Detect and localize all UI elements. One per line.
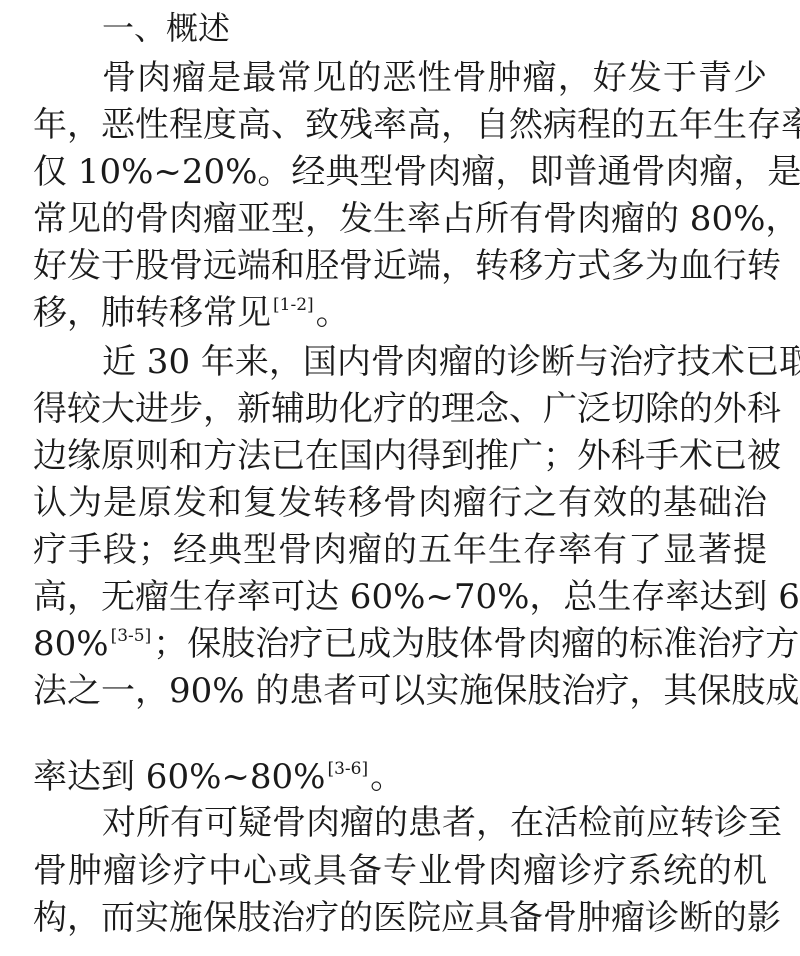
paragraph-1-line-5: 好发于股骨远端和胫骨近端，转移方式多为血行转: [33, 243, 767, 289]
paragraph-2-line-7: 80%[3-5]；保肢治疗已成为肢体骨肉瘤的标准治疗方: [33, 621, 767, 667]
paragraph-1-line-1: 骨肉瘤是最常见的恶性骨肿瘤，好发于青少: [102, 55, 767, 101]
paragraph-2-line-6: 高，无瘤生存率可达 60%~70%，总生存率达到 60%~: [33, 574, 767, 620]
citation: [3-6]: [327, 759, 368, 779]
paragraph-3-line-1: 对所有可疑骨肉瘤的患者，在活检前应转诊至: [102, 800, 767, 846]
citation: [3-5]: [111, 626, 152, 646]
citation: [1-2]: [273, 295, 314, 315]
section-heading: 一、概述: [102, 5, 767, 51]
paragraph-2-line-4: 认为是原发和复发转移骨肉瘤行之有效的基础治: [33, 480, 767, 526]
paragraph-2-line-9: 率达到 60%~80%[3-6]。: [33, 754, 767, 800]
paragraph-3-line-2: 骨肿瘤诊疗中心或具备专业骨肉瘤诊疗系统的机: [33, 848, 767, 894]
paragraph-1-line-6: 移，肺转移常见[1-2]。: [33, 290, 767, 336]
paragraph-1-line-2: 年，恶性程度高、致残率高，自然病程的五年生存率: [33, 102, 767, 148]
paragraph-2-line-1: 近 30 年来，国内骨肉瘤的诊断与治疗技术已取: [102, 339, 767, 385]
paragraph-2-line-8: 法之一，90% 的患者可以实施保肢治疗，其保肢成功: [33, 668, 767, 714]
paragraph-2-line-2: 得较大进步，新辅助化疗的理念、广泛切除的外科: [33, 386, 767, 432]
paragraph-3-line-3: 构，而实施保肢治疗的医院应具备骨肿瘤诊断的影: [33, 895, 767, 941]
paragraph-2-line-5: 疗手段；经典型骨肉瘤的五年生存率有了显著提: [33, 527, 767, 573]
paragraph-2-line-3: 边缘原则和方法已在国内得到推广；外科手术已被: [33, 433, 767, 479]
paragraph-1-line-4: 常见的骨肉瘤亚型，发生率占所有骨肉瘤的 80%，: [33, 196, 767, 242]
paragraph-1-line-3: 仅 10%~20%。经典型骨肉瘤，即普通骨肉瘤，是最: [33, 149, 767, 195]
